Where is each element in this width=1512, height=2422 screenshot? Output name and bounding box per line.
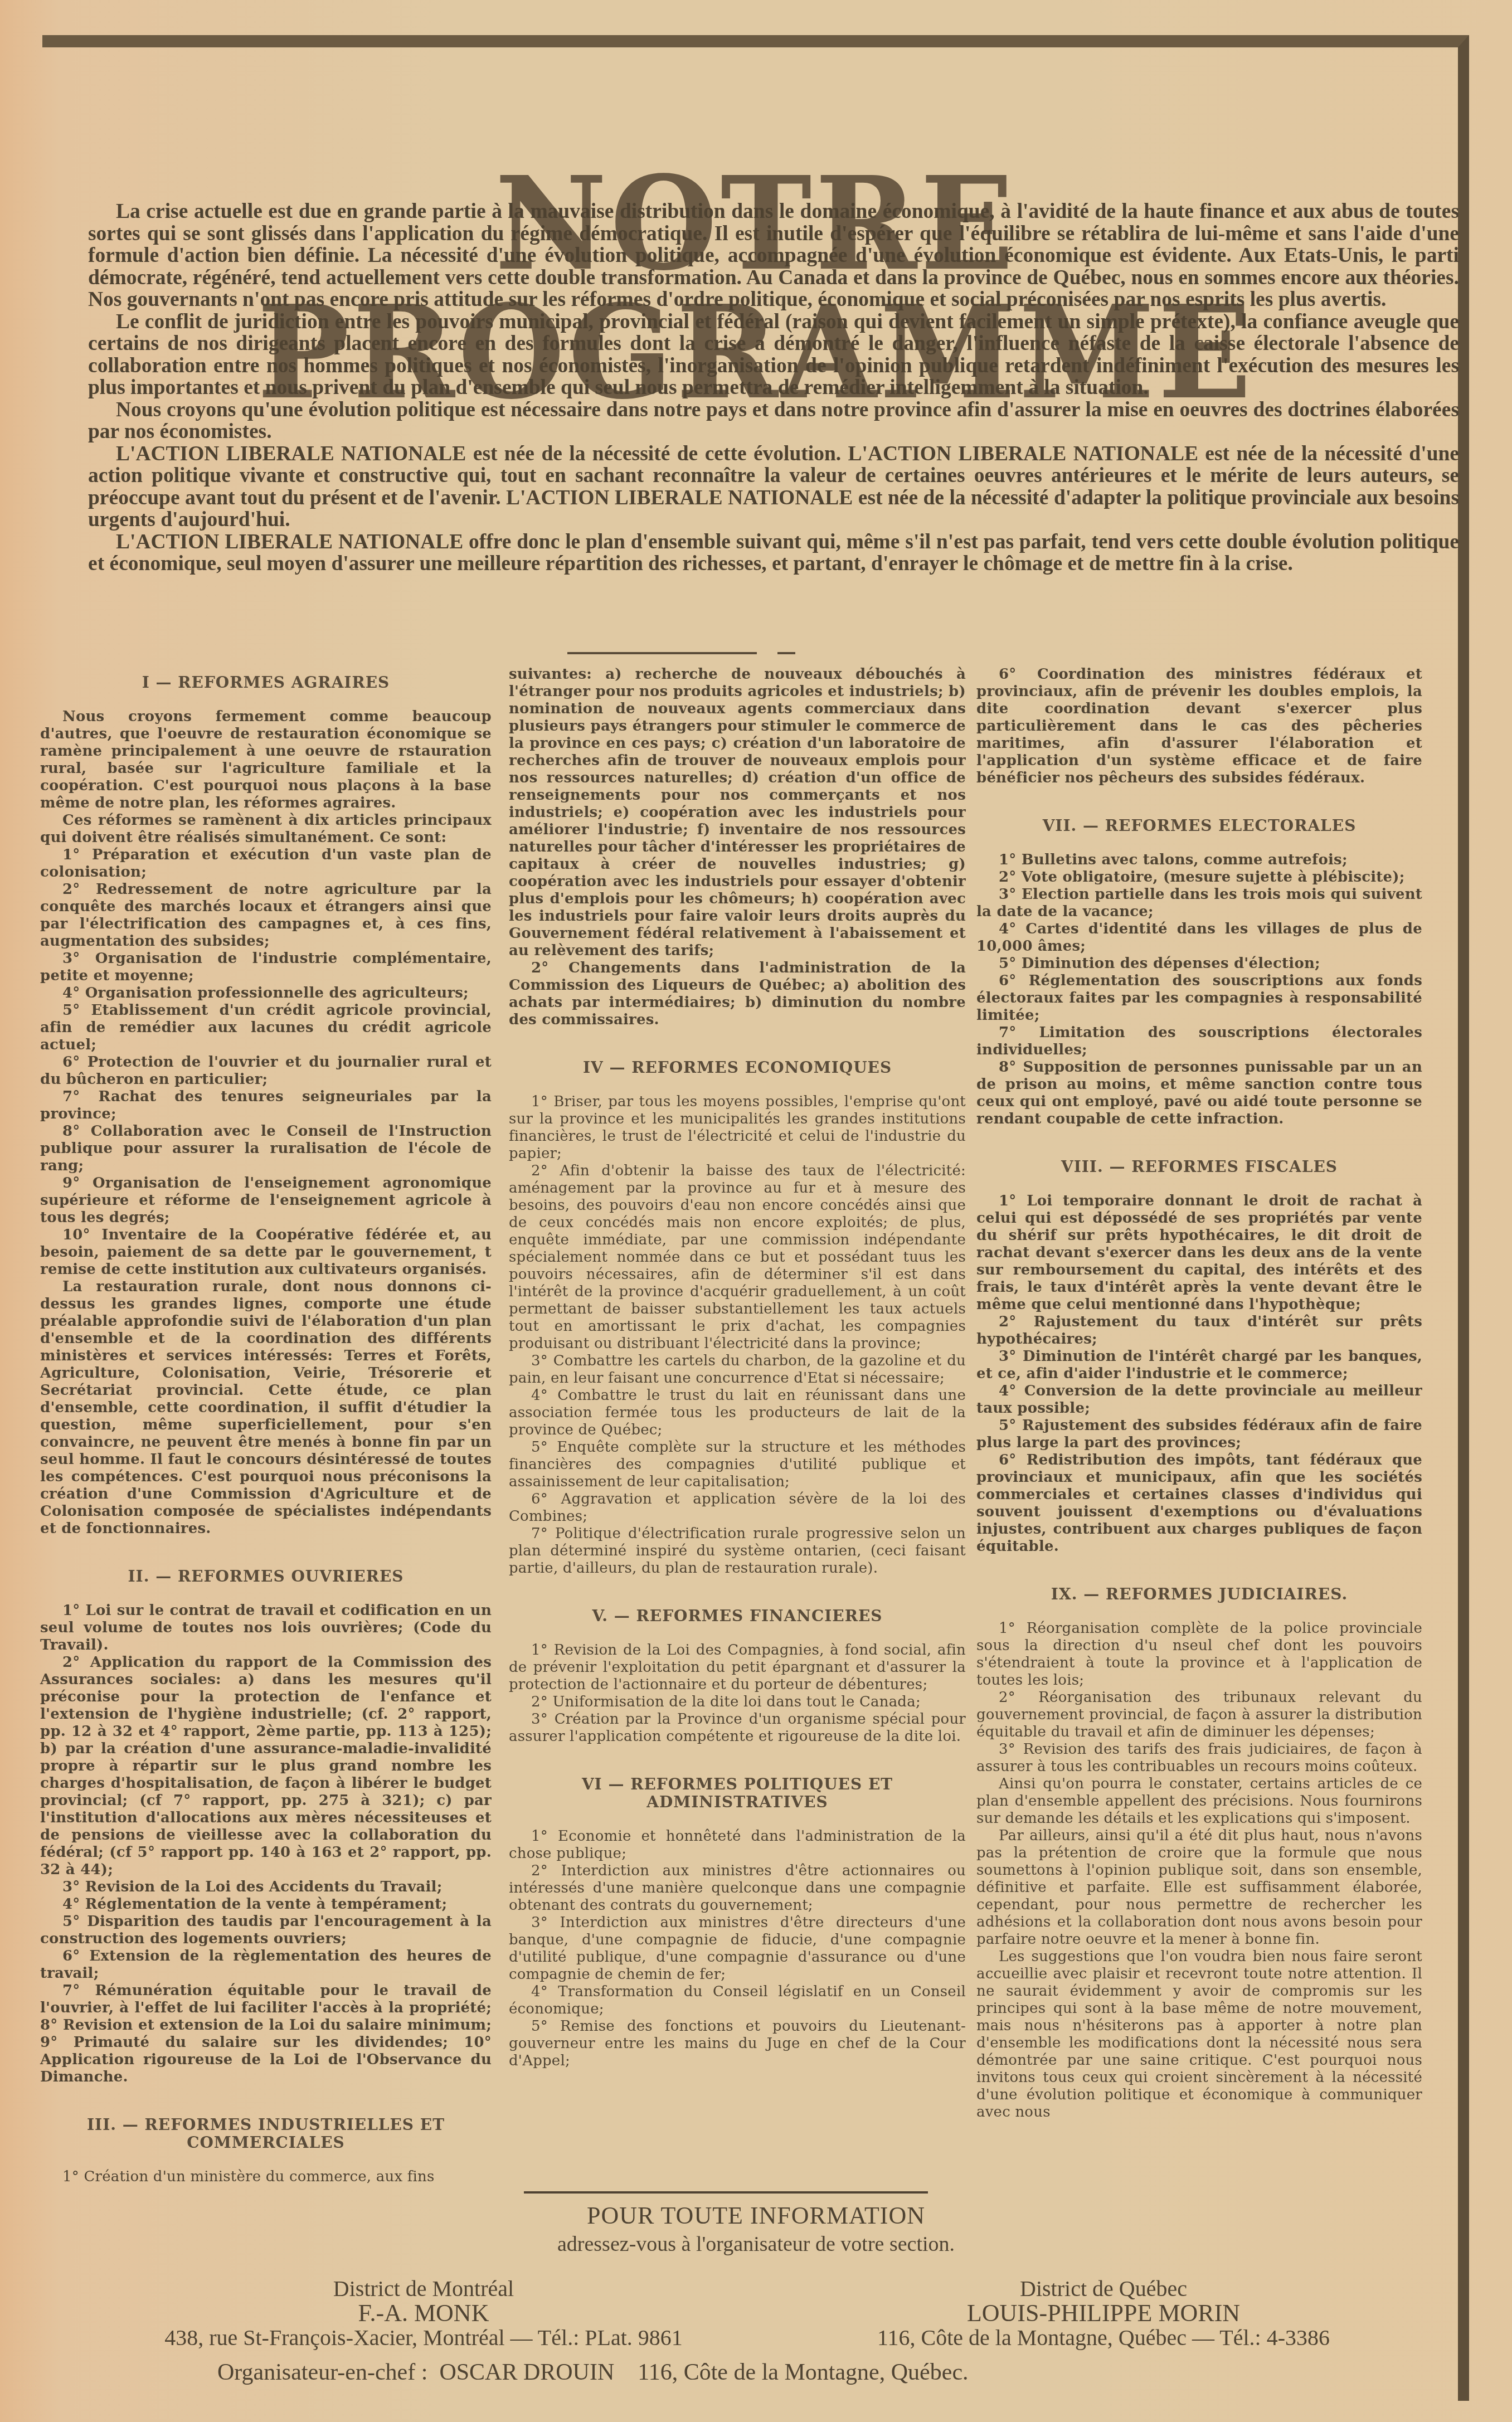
list-item: 3° Election partielle dans les trois moi… [976,886,1422,921]
closing-text: Ainsi qu'on pourra le constater, certain… [976,1776,1422,2121]
list-judiciaires: 1° Réorganisation complète de la police … [976,1620,1422,1776]
list-item: 1° Briser, par tous les moyens possibles… [509,1093,966,1163]
contact-quebec: District de Québec LOUIS-PHILIPPE MORIN … [741,2277,1466,2350]
section-heading-judiciaires: IX. — REFORMES JUDICIAIRES. [976,1586,1422,1603]
section-heading-fiscales: VIII. — REFORMES FISCALES [976,1158,1422,1176]
list-item: 3° Organisation de l'industrie complémen… [40,950,492,985]
list-item: 3° Revision de la Loi des Accidents du T… [40,1879,492,1896]
list-item: 2° Réorganisation des tribunaux relevant… [976,1689,1422,1741]
list-item: 4° Organisation professionnelle des agri… [40,985,492,1002]
list-item: 7° Rachat des tenures seigneuriales par … [40,1088,492,1123]
list-ouvrieres: 1° Loi sur le contrat de travail et codi… [40,1602,492,2086]
paragraph: Nous croyons fermement comme beaucoup d'… [40,708,492,812]
list-item: 3° Création par la Province d'un organis… [509,1711,966,1745]
intro-paragraph: L'ACTION LIBERALE NATIONALE offre donc l… [88,531,1459,575]
list-item: 4° Transformation du Conseil législatif … [509,1983,966,2018]
list-item: 1° Loi sur le contrat de travail et codi… [40,1602,492,1654]
intro-text: La crise actuelle est due en grande part… [88,201,1459,575]
column-right: 6° Coordination des ministres fédéraux e… [976,666,1422,2121]
footer-subheading: adressez-vous à l'organisateur de votre … [0,2232,1512,2256]
list-item: 6° Extension de la règlementation des he… [40,1948,492,1982]
list-item: 8° Supposition de personnes punissable p… [976,1059,1422,1128]
list-item: 6° Coordination des ministres fédéraux e… [976,666,1422,787]
section-heading-economiques: IV — REFORMES ECONOMIQUES [509,1059,966,1077]
list-item: 5° Rajustement des subsides fédéraux afi… [976,1417,1422,1452]
list-item: 5° Etablissement d'un crédit agricole pr… [40,1002,492,1054]
organizer-name: LOUIS-PHILIPPE MORIN [741,2301,1466,2326]
list-economiques: 1° Briser, par tous les moyens possibles… [509,1093,966,1577]
paragraph: La restauration rurale, dont nous donnon… [40,1278,492,1538]
section-heading-financieres: V. — REFORMES FINANCIERES [509,1607,966,1625]
contact-montreal: District de Montréal F.-A. MONK 438, rue… [61,2277,786,2350]
list-item: 8° Collaboration avec le Conseil de l'In… [40,1123,492,1175]
organizer-address: 438, rue St-François-Xacier, Montréal — … [61,2326,786,2350]
intro-paragraph: L'ACTION LIBERALE NATIONALE est née de l… [88,443,1459,531]
list-item: Par ailleurs, ainsi qu'il a été dit plus… [976,1827,1422,1948]
list-item: 6° Protection de l'ouvrier et du journal… [40,1054,492,1088]
list-item: 4° Conversion de la dette provinciale au… [976,1383,1422,1417]
section-heading-agraires: I — REFORMES AGRAIRES [40,674,492,692]
section-heading-politiques: VI — REFORMES POLITIQUES ET ADMINISTRATI… [509,1776,966,1811]
list-electorales: 1° Bulletins avec talons, comme autrefoi… [976,852,1422,1128]
list-item: 5° Disparition des taudis par l'encourag… [40,1913,492,1948]
intro-paragraph: Le conflit de juridiction entre les pouv… [88,311,1459,399]
district-label: District de Montréal [61,2277,786,2301]
list-item: 6° Réglementation des souscriptions aux … [976,972,1422,1024]
list-item: 5° Remise des fonctions et pouvoirs du L… [509,2018,966,2070]
list-item: 1° Economie et honnêteté dans l'administ… [509,1828,966,1862]
list-item: 2° Changements dans l'administration de … [509,960,966,1029]
chief-name: OSCAR DROUIN [439,2360,614,2385]
list-item: 1° Loi temporaire donnant le droit de ra… [976,1193,1422,1314]
intro-paragraph: Nous croyons qu'une évolution politique … [88,399,1459,443]
list-item: 1° Bulletins avec talons, comme autrefoi… [976,852,1422,869]
list-item: 7° Politique d'électrification rurale pr… [509,1525,966,1577]
list-item: 2° Redressement de notre agriculture par… [40,881,492,950]
list-item: 3° Revision des tarifs des frais judicia… [976,1741,1422,1776]
list-item: 5° Enquête complète sur la structure et … [509,1439,966,1491]
list-item: 9° Organisation de l'enseignement agrono… [40,1175,492,1227]
list-item: 2° Vote obligatoire, (mesure sujette à p… [976,869,1422,886]
list-item: 2° Application du rapport de la Commissi… [40,1654,492,1879]
list-item: 3° Diminution de l'intérêt chargé par le… [976,1348,1422,1383]
list-item: 1° Création d'un ministère du commerce, … [40,2168,492,2186]
column-middle: suivantes: a) recherche de nouveaux débo… [509,666,966,2070]
list-item: 2° Interdiction aux ministres d'être act… [509,1862,966,1914]
organizer-name: F.-A. MONK [61,2301,786,2326]
list-financieres: 1° Revision de la Loi des Compagnies, à … [509,1642,966,1745]
list-item: 3° Interdiction aux ministres d'être dir… [509,1914,966,1983]
section-heading-industrielles: III. — REFORMES INDUSTRIELLES ET COMMERC… [40,2116,492,2152]
list-politiques: 1° Economie et honnêteté dans l'administ… [509,1828,966,2070]
divider-rule [524,2191,928,2194]
section-heading-ouvrieres: II. — REFORMES OUVRIERES [40,1568,492,1586]
list-item: 5° Diminution des dépenses d'élection; [976,955,1422,972]
list-item: 4° Combattre le trust du lait en réuniss… [509,1387,966,1439]
section-heading-electorales: VII. — REFORMES ELECTORALES [976,817,1422,835]
list-item: 2° Afin d'obtenir la baisse des taux de … [509,1163,966,1353]
list-item: 4° Réglementation de la vente à tempéram… [40,1896,492,1913]
paragraph: Ces réformes se ramènent à dix articles … [40,812,492,847]
list-fiscales: 1° Loi temporaire donnant le droit de ra… [976,1193,1422,1555]
list-item: 7° Limitation des souscriptions électora… [976,1024,1422,1059]
district-label: District de Québec [741,2277,1466,2301]
column-left: I — REFORMES AGRAIRES Nous croyons ferme… [40,666,492,2186]
list-item: 10° Inventaire de la Coopérative fédérée… [40,1227,492,1278]
list-item: 4° Cartes d'identité dans les villages d… [976,921,1422,955]
list-item: 6° Redistribution des impôts, tant fédér… [976,1452,1422,1555]
organizer-address: 116, Côte de la Montagne, Québec — Tél.:… [741,2326,1466,2350]
divider-rule [567,652,757,654]
list-item: 1° Préparation et exécution d'un vaste p… [40,847,492,881]
chief-address: 116, Côte de la Montagne, Québec. [638,2360,968,2385]
list-item: 3° Combattre les cartels du charbon, de … [509,1353,966,1387]
list-item: 1° Réorganisation complète de la police … [976,1620,1422,1689]
list-item: 6° Aggravation et application sévère de … [509,1491,966,1525]
chief-organizer: Organisateur-en-chef : OSCAR DROUIN 116,… [217,2359,969,2386]
intro-paragraph: La crise actuelle est due en grande part… [88,201,1459,311]
list-item: 2° Rajustement du taux d'intérêt sur prê… [976,1314,1422,1348]
list-item: Les suggestions que l'on voudra bien nou… [976,1948,1422,2121]
list-agraires: 1° Préparation et exécution d'un vaste p… [40,847,492,1278]
list-item: Ainsi qu'on pourra le constater, certain… [976,1776,1422,1827]
list-item: 7° Rémunération équitable pour le travai… [40,1982,492,2086]
divider-rule [777,652,795,654]
list-item: 1° Revision de la Loi des Compagnies, à … [509,1642,966,1694]
footer-heading: POUR TOUTE INFORMATION [0,2201,1512,2230]
list-item-continued: suivantes: a) recherche de nouveaux débo… [509,666,966,960]
chief-label: Organisateur-en-chef : [217,2360,427,2385]
list-item: 2° Uniformisation de la dite loi dans to… [509,1694,966,1711]
